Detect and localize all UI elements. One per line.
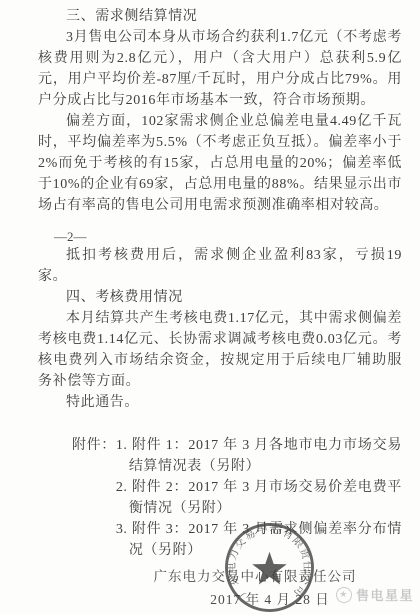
watermark-text: 售电星星 [356, 585, 414, 604]
section-heading-4: 四、考核费用情况 [38, 287, 402, 308]
attachment-item-2: 2. 附件 2：2017 年 3 月市场交易价差电费平衡情况（另附） [116, 477, 402, 519]
stamp-star-icon [252, 552, 287, 585]
document-page: 三、需求侧结算情况 3月售电公司本身从市场合约获利1.7亿元（不考虑考核费用则为… [0, 0, 420, 615]
company-seal-stamp: 广东电力交易中心有限责任公司 [224, 522, 315, 613]
section-heading-3: 三、需求侧结算情况 [38, 6, 402, 27]
attachments-label: 附件： [72, 435, 116, 561]
paragraph-settlement: 3月售电公司本身从市场合约获利1.7亿元（不考虑考核费用则为2.8亿元），用户（… [38, 27, 402, 111]
paragraph-assessment-fees: 本月结算共产生考核电费1.17亿元，其中需求侧偏差考核电费1.14亿元、长协需求… [38, 308, 402, 392]
paragraph-deviation: 偏差方面，102家需求侧企业总偏差电量4.49亿千瓦时，平均偏差率为5.5%（不… [38, 111, 402, 216]
page-number: —2— [54, 229, 402, 244]
star-logo-icon [336, 587, 352, 603]
paragraph-notice: 特此通告。 [38, 392, 402, 413]
attachment-item-1: 1. 附件 1：2017 年 3 月各地市电力市场交易结算情况表（另附） [116, 435, 402, 477]
paragraph-profit-loss: 抵扣考核费用后，需求侧企业盈利83家，亏损19家。 [38, 245, 402, 287]
watermark: 售电星星 [336, 585, 414, 604]
document-body: 三、需求侧结算情况 3月售电公司本身从市场合约获利1.7亿元（不考虑考核费用则为… [0, 0, 420, 561]
